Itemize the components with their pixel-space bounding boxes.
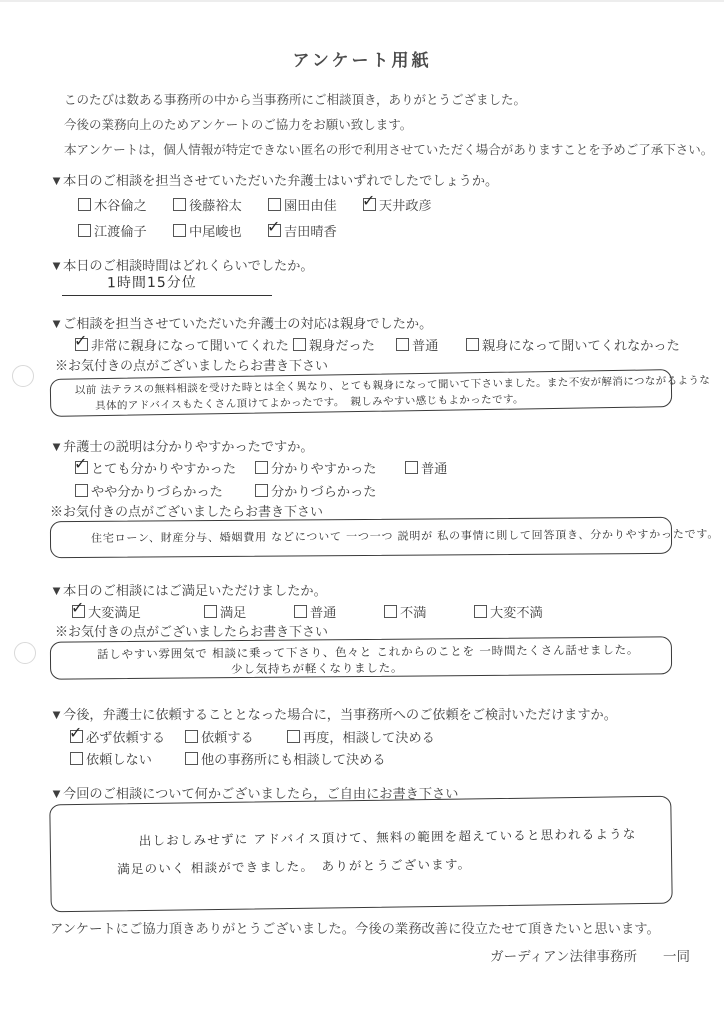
checkbox-request	[185, 730, 198, 743]
option-label: 大変不満	[490, 602, 543, 621]
handwritten-comment-line: 住宅ローン、財産分与、婚姻費用 などについて 一つ一つ 説明が 私の事情に則して…	[91, 526, 671, 546]
option-yoshida: 吉田晴香	[268, 221, 337, 240]
checkbox-no-request	[70, 752, 83, 765]
checkbox-attentive	[293, 338, 306, 351]
handwritten-time-answer: 1時間15分位	[107, 272, 197, 293]
option-definitely-request: 必ず依頼する	[70, 727, 185, 746]
option-label: 園田由佳	[284, 195, 337, 214]
question-future-label: ▼今後，弁護士に依頼することとなった場合に，当事務所へのご依頼をご検討いただけま…	[50, 704, 617, 723]
attitude-note-label: ※お気付きの点がございましたらお書き下さい	[55, 355, 328, 374]
option-very-attentive: 非常に親身になって聞いてくれた	[75, 335, 293, 354]
question-clarity-label: ▼弁護士の説明は分かりやすかったですか。	[50, 436, 314, 455]
checkbox-somewhat-unclear	[75, 484, 88, 497]
checkbox-definitely-request	[70, 730, 83, 743]
option-label: 親身になって聞いてくれなかった	[482, 335, 680, 354]
future-options-row-1: 必ず依頼する 依頼する 再度，相談して決める	[70, 727, 435, 746]
option-consult-again: 再度，相談して決める	[287, 727, 435, 746]
checkbox-consult-others	[185, 752, 198, 765]
option-label: 依頼する	[201, 727, 254, 746]
option-label: 分かりやすかった	[271, 458, 377, 477]
option-label: 他の事務所にも相談して決める	[201, 749, 386, 768]
option-sonoda: 園田由佳	[268, 195, 363, 214]
option-label: 大変満足	[88, 602, 141, 621]
option-label: とても分かりやすかった	[91, 458, 236, 477]
option-label: 吉田晴香	[284, 221, 337, 240]
checkbox-goto	[173, 198, 186, 211]
option-normal-attitude: 普通	[396, 335, 466, 354]
option-nakao: 中尾峻也	[173, 221, 268, 240]
option-not-attentive: 親身になって聞いてくれなかった	[466, 335, 680, 354]
checkbox-normal-satisfaction	[294, 605, 307, 618]
satisfaction-note-label: ※お気付きの点がございましたらお書き下さい	[55, 621, 328, 640]
checkbox-very-satisfied	[72, 605, 85, 618]
option-consult-others: 他の事務所にも相談して決める	[185, 749, 386, 768]
intro-line: このたびは数ある事務所の中から当事務所にご相談頂き，ありがとうござました。	[64, 88, 713, 113]
checkbox-dissatisfied	[384, 605, 397, 618]
firm-signature: ガーディアン法律事務所一同	[490, 945, 690, 965]
option-dissatisfied: 不満	[384, 602, 474, 621]
option-attentive: 親身だった	[293, 335, 396, 354]
checkbox-sonoda	[268, 198, 281, 211]
handwritten-comment-line: 出しおしみせずに アドバイス頂けて、無料の範囲を超えていると思われるような	[139, 824, 671, 849]
option-label: 普通	[421, 458, 447, 477]
clarity-comment-box: 住宅ローン、財産分与、婚姻費用 などについて 一つ一つ 説明が 私の事情に則して…	[50, 517, 672, 558]
future-options-row-2: 依頼しない 他の事務所にも相談して決める	[70, 749, 386, 768]
option-normal-satisfaction: 普通	[294, 602, 384, 621]
option-request: 依頼する	[185, 727, 287, 746]
scanned-questionnaire-page: アンケート用紙 このたびは数ある事務所の中から当事務所にご相談頂き，ありがとうご…	[0, 0, 724, 1024]
free-comment-box: 出しおしみせずに アドバイス頂けて、無料の範囲を超えていると思われるような 満足…	[49, 796, 672, 913]
option-eto: 江渡倫子	[78, 221, 173, 240]
option-label: 親身だった	[309, 335, 375, 354]
lawyer-options-row-2: 江渡倫子 中尾峻也 吉田晴香	[78, 221, 337, 240]
checkbox-clear	[255, 461, 268, 474]
option-kitani: 木谷倫之	[78, 195, 173, 214]
checkbox-unclear	[255, 484, 268, 497]
option-label: 江渡倫子	[94, 221, 147, 240]
option-somewhat-unclear: やや分かりづらかった	[75, 481, 255, 500]
option-label: 依頼しない	[86, 749, 152, 768]
checkbox-very-clear	[75, 461, 88, 474]
question-attitude-label: ▼ご相談を担当させていただいた弁護士の対応は親身でしたか。	[50, 313, 432, 332]
handwritten-comment-line: 少し気持ちが軽くなりました。	[231, 657, 671, 677]
clarity-options-row-1: とても分かりやすかった 分かりやすかった 普通	[75, 458, 447, 477]
option-label: 中尾峻也	[189, 221, 242, 240]
checkbox-amai	[363, 198, 376, 211]
checkbox-consult-again	[287, 730, 300, 743]
option-label: 不満	[400, 602, 426, 621]
option-very-dissatisfied: 大変不満	[474, 602, 543, 621]
option-label: 必ず依頼する	[86, 727, 165, 746]
option-very-clear: とても分かりやすかった	[75, 458, 255, 477]
satisfaction-comment-box: 話しやすい雰囲気で 相談に乗って下さり、色々と これからのことを 一時間たくさん…	[50, 636, 672, 679]
option-label: 再度，相談して決める	[303, 727, 435, 746]
checkbox-normal-attitude	[396, 338, 409, 351]
clarity-options-row-2: やや分かりづらかった 分かりづらかった	[75, 481, 377, 500]
intro-paragraph: このたびは数ある事務所の中から当事務所にご相談頂き，ありがとうござました。 今後…	[64, 88, 713, 163]
page-title: アンケート用紙	[0, 46, 724, 71]
option-label: 満足	[220, 602, 246, 621]
signature-suffix: 一同	[663, 949, 690, 964]
checkbox-not-attentive	[466, 338, 479, 351]
handwritten-comment-line: 満足のいく 相談ができました。 ありがとうございます。	[117, 852, 671, 878]
satisfaction-options-row: 大変満足 満足 普通 不満 大変不満	[72, 602, 543, 621]
option-normal-clarity: 普通	[405, 458, 447, 477]
option-no-request: 依頼しない	[70, 749, 185, 768]
option-label: 普通	[310, 602, 336, 621]
option-very-satisfied: 大変満足	[72, 602, 204, 621]
checkbox-very-dissatisfied	[474, 605, 487, 618]
checkbox-yoshida	[268, 224, 281, 237]
option-label: 後藤裕太	[189, 195, 242, 214]
checkbox-nakao	[173, 224, 186, 237]
option-clear: 分かりやすかった	[255, 458, 405, 477]
attitude-options-row: 非常に親身になって聞いてくれた 親身だった 普通 親身になって聞いてくれなかった	[75, 335, 680, 354]
lawyer-options-row-1: 木谷倫之 後藤裕太 園田由佳 天井政彦	[78, 195, 432, 214]
checkbox-normal-clarity	[405, 461, 418, 474]
answer-underline: 1時間15分位	[62, 272, 272, 296]
option-label: やや分かりづらかった	[91, 481, 223, 500]
option-satisfied: 満足	[204, 602, 294, 621]
checkbox-eto	[78, 224, 91, 237]
option-label: 木谷倫之	[94, 195, 147, 214]
checkbox-kitani	[78, 198, 91, 211]
option-goto: 後藤裕太	[173, 195, 268, 214]
option-label: 分かりづらかった	[271, 481, 377, 500]
option-label: 非常に親身になって聞いてくれた	[91, 335, 289, 354]
question-lawyer-label: ▼本日のご相談を担当させていただいた弁護士はいずれでしたでしょうか。	[50, 170, 498, 189]
punch-hole	[14, 642, 36, 664]
attitude-comment-box: 以前 法テラスの無料相談を受けた時とは全く異なり、とても親身になって聞いて下さい…	[50, 369, 673, 417]
question-satisfaction-label: ▼本日のご相談にはご満足いただけましたか。	[50, 580, 327, 599]
option-label: 天井政彦	[379, 195, 432, 214]
checkbox-very-attentive	[75, 338, 88, 351]
punch-hole	[12, 365, 34, 387]
checkbox-satisfied	[204, 605, 217, 618]
intro-line: 本アンケートは，個人情報が特定できない匿名の形で利用させていただく場合があります…	[64, 138, 713, 163]
footer-thanks: アンケートにご協力頂きありがとうございました。今後の業務改善に役立たせて頂きたい…	[50, 918, 660, 937]
option-label: 普通	[412, 335, 438, 354]
option-amai: 天井政彦	[363, 195, 432, 214]
clarity-note-label: ※お気付きの点がございましたらお書き下さい	[50, 501, 323, 520]
firm-name: ガーディアン法律事務所	[490, 949, 637, 964]
option-unclear: 分かりづらかった	[255, 481, 377, 500]
intro-line: 今後の業務向上のためアンケートのご協力をお願い致します。	[64, 113, 713, 138]
